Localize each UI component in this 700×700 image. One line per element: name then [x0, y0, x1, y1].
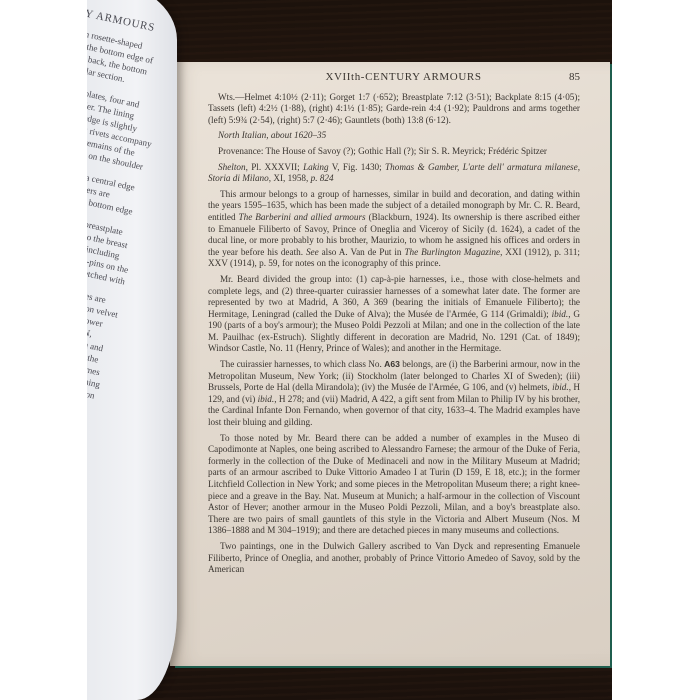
paragraph-2: Mr. Beard divided the group into: (1) ca… [208, 274, 580, 355]
left-page-curled: RY ARMOURS with rosette-shapedd to the b… [87, 0, 177, 700]
provenance-entry: Provenance: The House of Savoy (?); Goth… [208, 146, 580, 158]
page-number: 85 [569, 72, 580, 84]
p3-text-a: The cuirassier harnesses, to which class… [220, 359, 384, 369]
p3-catalogue-code: A63 [384, 359, 400, 369]
paragraph-1: This armour belongs to a group of harnes… [208, 189, 580, 270]
references-entry: Shelton, Pl. XXXVII; Laking V, Fig. 1430… [208, 162, 580, 185]
p2-ibid: ibid. [552, 309, 569, 319]
right-page-text: XVIIth-CENTURY ARMOURS 85 Wts.—Helmet 4:… [208, 72, 580, 580]
ref-page: p. 824 [311, 173, 334, 183]
ref-shelton: Shelton [218, 162, 246, 172]
ref-laking-detail: V, Fig. 1430; [329, 162, 385, 172]
p1-text-c: also A. Van de Put in [319, 247, 405, 257]
p3-ibid-1: ibid. [552, 382, 569, 392]
running-title: XVIIth-CENTURY ARMOURS [208, 72, 569, 84]
p1-see: See [306, 247, 319, 257]
book-photo: XVIIth-CENTURY ARMOURS 85 Wts.—Helmet 4:… [87, 0, 612, 700]
ref-laking: Laking [303, 162, 329, 172]
left-page-text: RY ARMOURS with rosette-shapedd to the b… [87, 6, 177, 661]
p3-ibid-2: ibid. [258, 394, 275, 404]
paragraph-4: To those noted by Mr. Beard there can be… [208, 433, 580, 537]
running-head: XVIIth-CENTURY ARMOURS 85 [208, 72, 580, 84]
ref-thomas-detail: , XI, 1958, [269, 173, 311, 183]
p2-text-a: Mr. Beard divided the group into: (1) ca… [208, 274, 580, 319]
origin-entry: North Italian, about 1620–35 [208, 130, 580, 142]
right-page: XVIIth-CENTURY ARMOURS 85 Wts.—Helmet 4:… [170, 62, 610, 666]
paragraph-3: The cuirassier harnesses, to which class… [208, 359, 580, 429]
left-page-lines: with rosette-shapedd to the bottom edge … [87, 26, 177, 661]
weights-entry: Wts.—Helmet 4:10½ (2·11); Gorget 1:7 (·6… [208, 92, 580, 127]
ref-shelton-detail: , Pl. XXXVII; [246, 162, 304, 172]
p1-magazine: The Burlington Magazine [404, 247, 500, 257]
paragraph-5: Two paintings, one in the Dulwich Galler… [208, 541, 580, 576]
p1-book-title: The Barberini and allied armours [239, 212, 366, 222]
